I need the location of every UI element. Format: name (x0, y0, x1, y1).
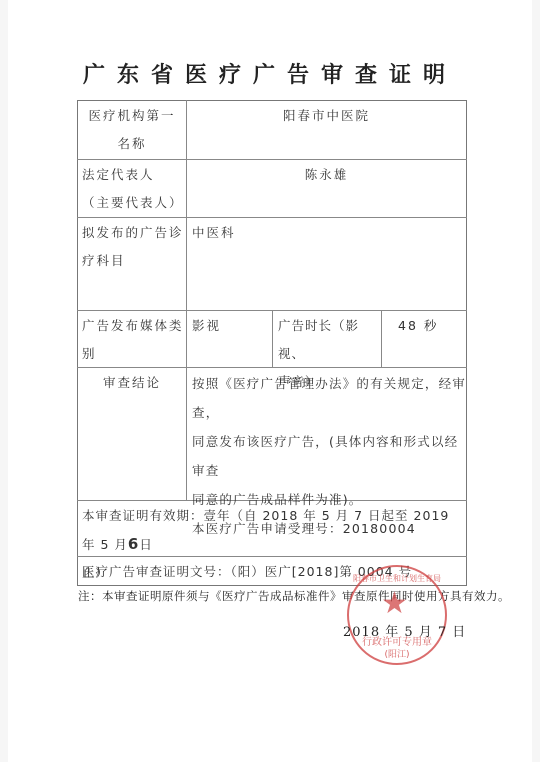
institution-value: 阳春市中医院 (187, 102, 466, 130)
column-divider (186, 100, 187, 500)
column-divider (381, 310, 382, 367)
institution-label: 医疗机构第一 名称 (78, 102, 186, 158)
legal-rep-label: 法定代表人 （主要代表人） (82, 161, 186, 217)
column-divider (272, 310, 273, 367)
row-divider (77, 217, 467, 218)
official-seal: 阳春市卫生和计划生育局 ★ 行政许可专用章 (阳江) (347, 565, 447, 665)
media-value: 影视 (192, 312, 270, 340)
department-value: 中医科 (192, 219, 462, 247)
document-title: 广东省医疗广告审查证明 (0, 58, 540, 89)
department-label: 拟发布的广告诊 疗科目 (82, 219, 186, 275)
seal-bottom-text: (阳江) (349, 647, 445, 660)
issue-date: 2018 年 5 月 7 日 (343, 621, 466, 640)
seal-top-text: 阳春市卫生和计划生育局 (349, 573, 445, 584)
legal-rep-value: 陈永雄 (187, 161, 466, 189)
row-divider (77, 159, 467, 160)
star-icon: ★ (381, 589, 408, 619)
media-label: 广告发布媒体类 别 (82, 312, 186, 368)
handwritten-day: 6 (128, 535, 139, 553)
duration-value: 48 秒 (398, 312, 464, 340)
conclusion-label: 审查结论 (78, 369, 186, 397)
